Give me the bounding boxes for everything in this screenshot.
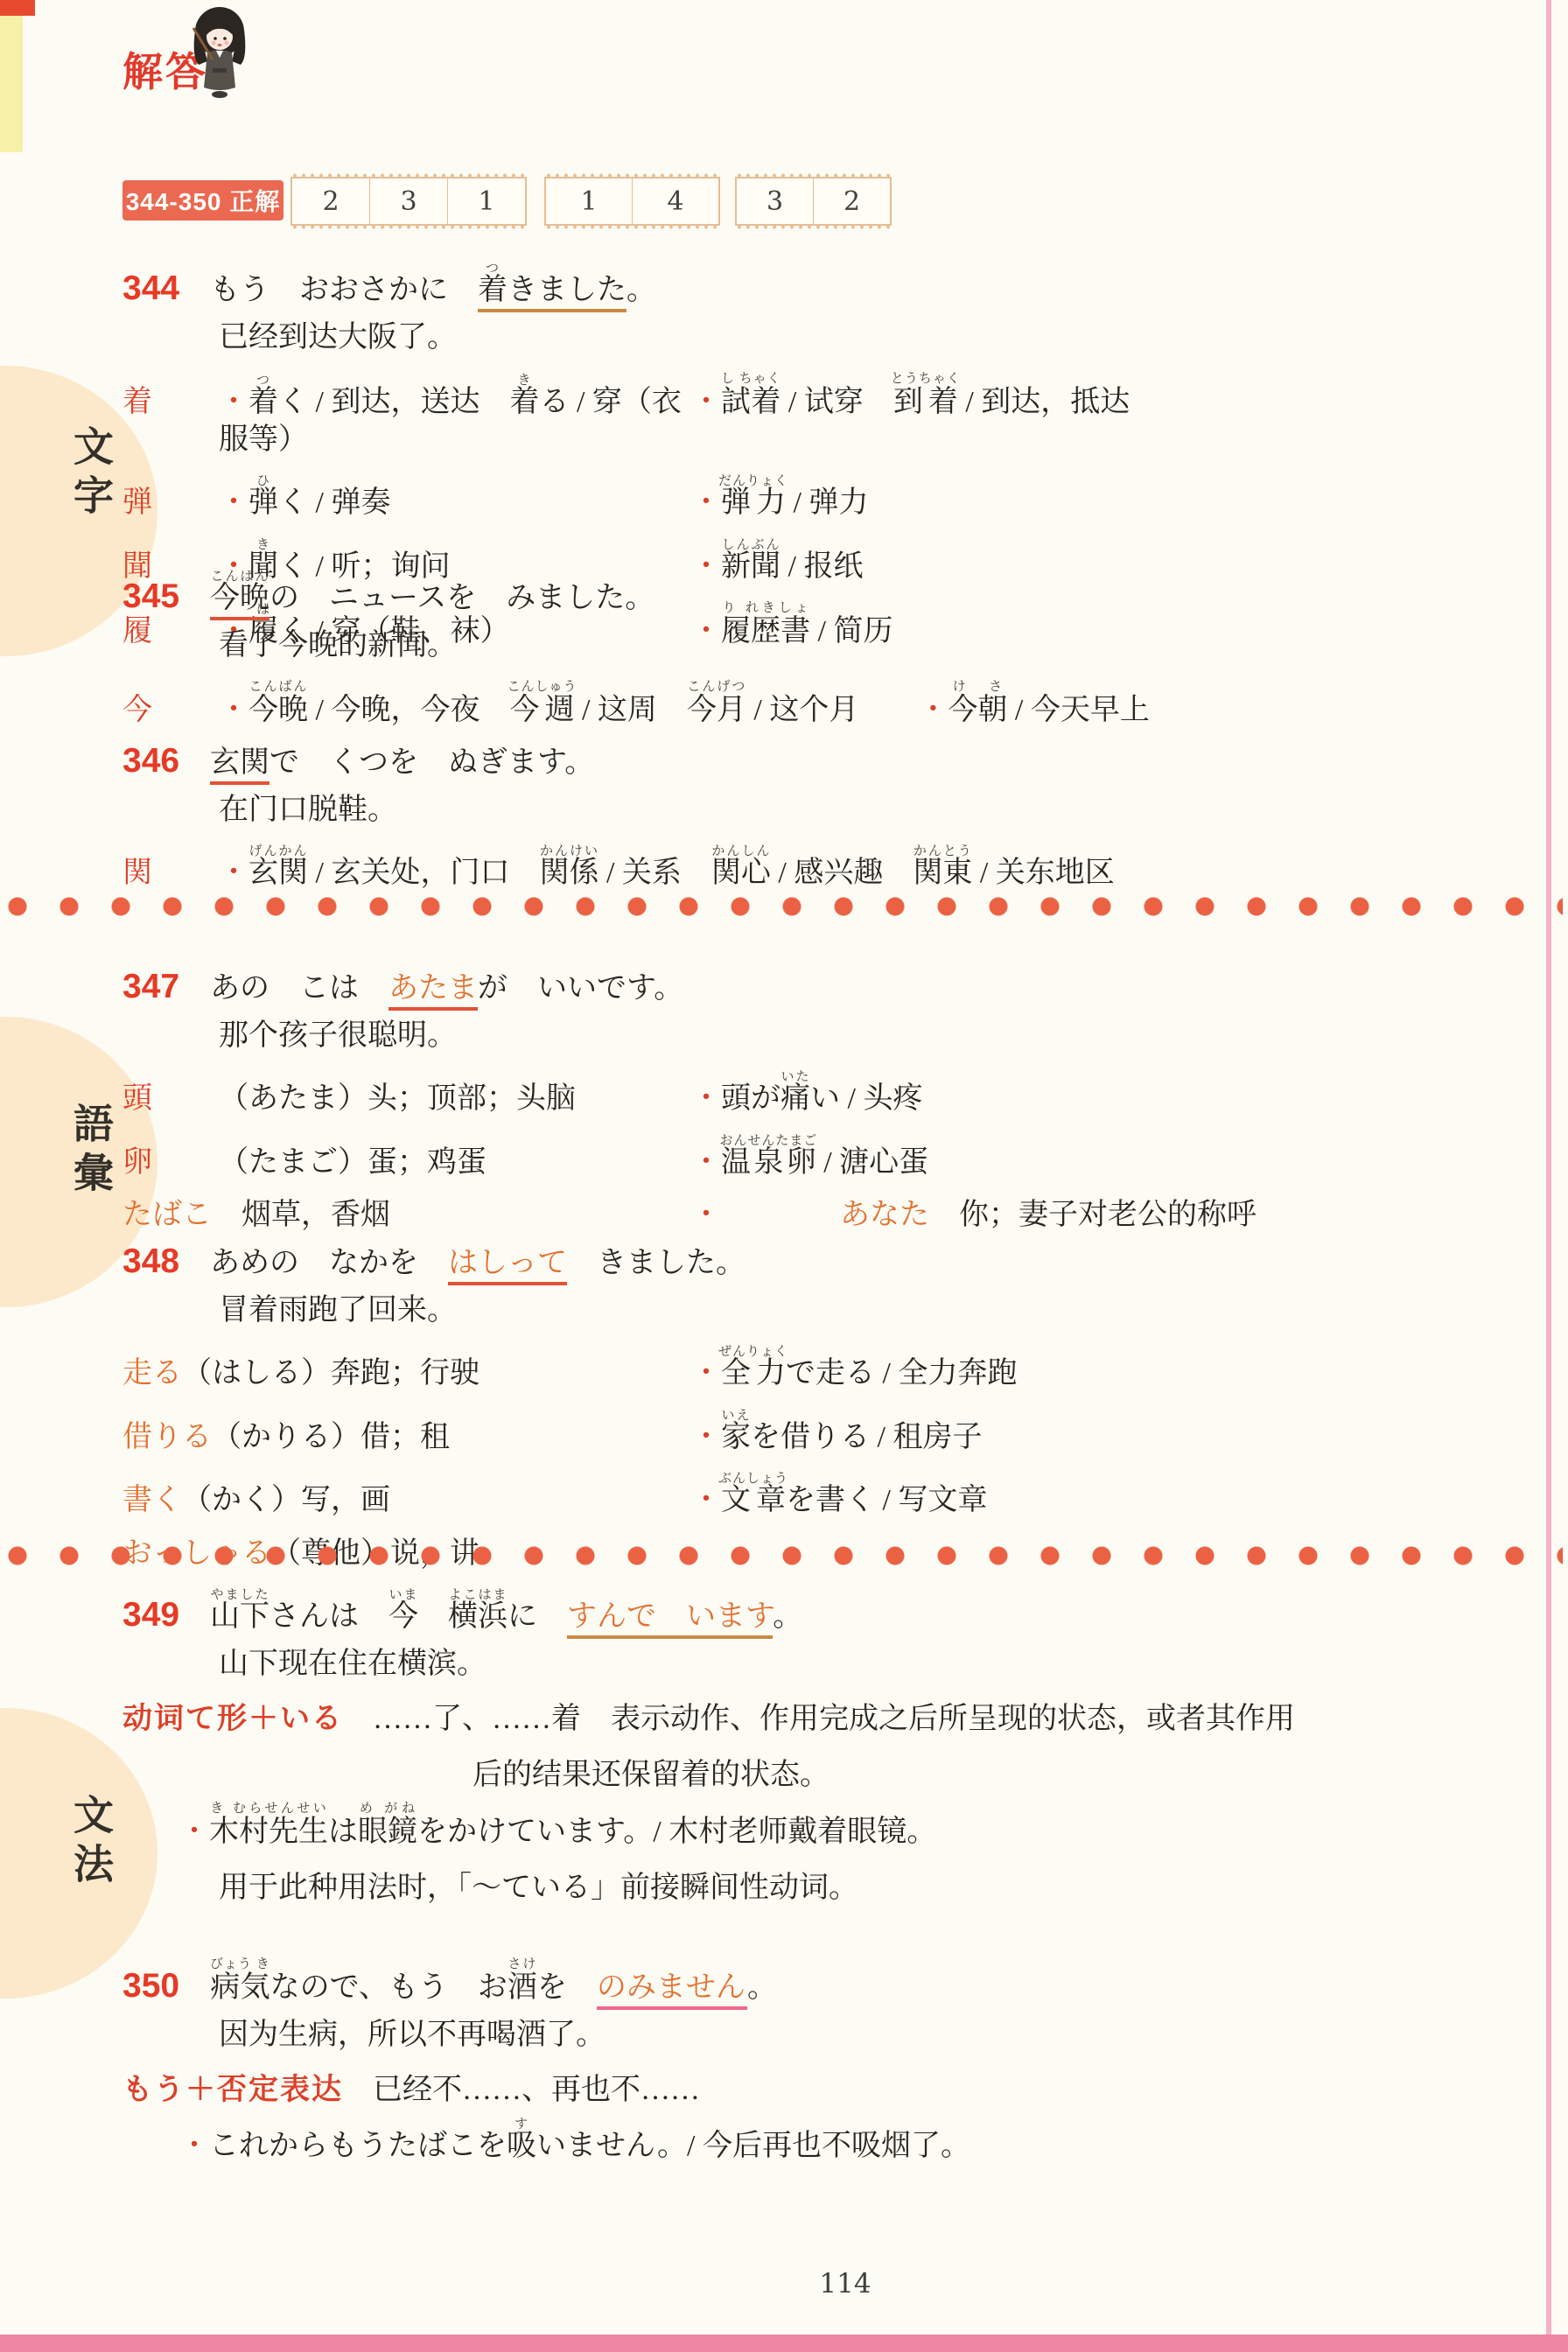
- vocab-right: ・試着し ちゃく / 试穿 到着とうちゃく / 到达，抵达: [691, 372, 1514, 422]
- vocab-headword: 頭: [122, 1081, 219, 1118]
- answer-range-badge: 344-350 正解: [122, 180, 283, 220]
- section-divider-dots: [5, 1543, 1563, 1568]
- vocab-left: （たまご）蛋；鸡蛋: [219, 1144, 691, 1182]
- page-edge-right-line: [1546, 0, 1551, 2352]
- question-345: 345今晩こんばんの ニュースを みました。 看了今晚的新闻。 今 ・今晩こんば…: [122, 560, 1514, 730]
- sidebar-label-goi: 語彙: [61, 1102, 119, 1200]
- grammar-example-line: ・木村先生き むらせんせいは眼鏡め がねをかけています。/ 木村老师戴着眼镜。: [122, 1801, 1514, 1851]
- question-number: 347: [122, 966, 210, 1009]
- vocab-right: ・弾力だんりょく / 弹力: [691, 474, 1514, 522]
- question-347: 347あの こは あたまが いいです。 那个孩子很聪明。 頭 （あたま）头；顶部…: [122, 950, 1514, 1235]
- translation: 山下现在住在横滨。: [122, 1646, 1514, 1683]
- vocab-headword: 弾: [122, 485, 219, 522]
- answer-cell: 2: [813, 178, 890, 224]
- vocab-left: 走る（はしる）奔跑；行驶: [122, 1355, 691, 1393]
- answer-group-1: 2 3 1: [290, 177, 527, 226]
- vocab-row: 関 ・玄関げんかん / 玄关处，门口 関係かんけい / 关系 関心かんしん / …: [122, 832, 1514, 892]
- grammar-rule-line: もう＋否定表达 已经不……、再也不……: [122, 2059, 1514, 2110]
- vocab-row: 卵 （たまご）蛋；鸡蛋 ・温泉卵おんせんたまご / 溏心蛋: [122, 1122, 1514, 1182]
- grammar-note-line: 用于此种用法时，「～ている」前接瞬间性动词。: [122, 1857, 1514, 1907]
- sidebar-label-moji: 文字: [61, 425, 119, 523]
- translation: 看了今晚的新闻。: [122, 627, 1514, 665]
- vocab-headword: 卵: [122, 1144, 219, 1182]
- textbook-page: { "header": { "title": "解答" }, "answer_k…: [0, 0, 1568, 2352]
- grammar-rule-line: 后的结果还保留着的状态。: [122, 1744, 1514, 1795]
- vocab-right: ・文章ぶんしょうを書く / 写文章: [691, 1472, 1514, 1520]
- question-sentence: 349山下やましたさんは 今いま 横浜よこはまに すんで います。: [122, 1573, 1514, 1637]
- question-sentence: 346玄関で くつを ぬぎます。: [122, 724, 1514, 783]
- page-edge-yellow-strip: [0, 16, 23, 152]
- question-number: 345: [122, 576, 210, 619]
- vocab-left: （あたま）头；顶部；头脑: [219, 1081, 691, 1118]
- question-sentence: 345今晩こんばんの ニュースを みました。: [122, 560, 1514, 619]
- answer-cell: 3: [369, 178, 447, 224]
- question-350: 350病気びょう きなので、もう お酒さけを のみません。 因为生病，所以不再喝…: [122, 1944, 1514, 2166]
- answer-cell: 1: [447, 178, 525, 224]
- translation: 冒着雨跑了回来。: [122, 1292, 1514, 1330]
- answer-group-3: 3 2: [735, 177, 892, 226]
- question-346: 346玄関で くつを ぬぎます。 在门口脱鞋。 関 ・玄関げんかん / 玄关处，…: [122, 724, 1514, 892]
- sidebar-label-bunpo: 文法: [61, 1794, 119, 1892]
- vocab-right: ・全力ぜんりょくで走る / 全力奔跑: [691, 1345, 1514, 1393]
- vocab-row: 今 ・今晩こんばん / 今晚，今夜 今週こんしゅう / 这周 今月こんげつ / …: [122, 668, 1514, 730]
- vocab-right: ・温泉卵おんせんたまご / 溏心蛋: [691, 1134, 1514, 1182]
- page-corner-accent: [0, 0, 35, 16]
- sentence-text: あの こは あたまが いいです。: [210, 972, 683, 1011]
- answer-cell: 3: [737, 178, 813, 224]
- translation: 那个孩子很聪明。: [122, 1018, 1514, 1055]
- question-349: 349山下やましたさんは 今いま 横浜よこはまに すんで います。 山下现在住在…: [122, 1573, 1514, 1907]
- question-number: 349: [122, 1594, 210, 1637]
- page-edge-bottom-strip: [0, 2334, 1568, 2352]
- sentence-text: あめの なかを はしって きました。: [210, 1247, 745, 1285]
- sentence-text: 今晩こんばんの ニュースを みました。: [210, 582, 654, 620]
- vocab-row: 走る（はしる）奔跑；行驶 ・全力ぜんりょくで走る / 全力奔跑: [122, 1333, 1514, 1393]
- vocab-left: 書く（かく）写，画: [122, 1482, 691, 1520]
- vocab-headword: 関: [122, 855, 219, 892]
- question-number: 348: [122, 1241, 210, 1284]
- vocab-left: ・着つく / 到达，送达 着きる / 穿（衣服等）: [219, 374, 691, 458]
- translation: 因为生病，所以不再喝酒了。: [122, 2017, 1514, 2054]
- answer-group-2: 1 4: [544, 177, 720, 226]
- section-divider-dots: [5, 894, 1563, 919]
- question-sentence: 347あの こは あたまが いいです。: [122, 950, 1514, 1009]
- vocab-row: 頭 （あたま）头；顶部；头脑 ・頭が痛いたい / 头疼: [122, 1058, 1514, 1118]
- translation: 在门口脱鞋。: [122, 792, 1514, 829]
- answer-cell: 2: [292, 178, 369, 224]
- question-sentence: 350病気びょう きなので、もう お酒さけを のみません。: [122, 1944, 1514, 2008]
- vocab-left: ・弾ひく / 弹奏: [219, 474, 691, 522]
- vocab-row: 着 ・着つく / 到达，送达 着きる / 穿（衣服等） ・試着し ちゃく / 试…: [122, 360, 1514, 458]
- vocab-right: ・家いえを借りる / 租房子: [691, 1409, 1514, 1457]
- vocab-right: ・頭が痛いたい / 头疼: [691, 1070, 1514, 1118]
- sentence-text: 病気びょう きなので、もう お酒さけを のみません。: [210, 1971, 777, 2010]
- grammar-example-line: ・これからもうたばこを吸すいません。/ 今后再也不吸烟了。: [122, 2115, 1514, 2166]
- vocab-left: ・玄関げんかん / 玄关处，门口 関係かんけい / 关系 関心かんしん / 感兴…: [219, 844, 1514, 892]
- question-sentence: 348あめの なかを はしって きました。: [122, 1225, 1514, 1284]
- question-number: 344: [122, 268, 210, 311]
- question-number: 350: [122, 1965, 210, 2008]
- sentence-text: もう おおさかに 着つきました。: [210, 274, 656, 312]
- vocab-row: 借りる（かりる）借；租 ・家いえを借りる / 租房子: [122, 1396, 1514, 1457]
- vocab-headword: 着: [122, 384, 219, 422]
- question-sentence: 344もう おおさかに 着つきました。: [122, 252, 1514, 311]
- teacher-mascot-illustration: [178, 3, 262, 101]
- sentence-text: 山下やましたさんは 今いま 横浜よこはまに すんで います。: [210, 1600, 802, 1639]
- vocab-left: 借りる（かりる）借；租: [122, 1419, 691, 1457]
- vocab-row: 書く（かく）写，画 ・文章ぶんしょうを書く / 写文章: [122, 1459, 1514, 1520]
- answer-cell: 1: [546, 178, 632, 224]
- vocab-row: 弾 ・弾ひく / 弹奏 ・弾力だんりょく / 弹力: [122, 462, 1514, 522]
- question-number: 346: [122, 740, 210, 783]
- sentence-text: 玄関で くつを ぬぎます。: [210, 746, 594, 785]
- translation: 已经到达大阪了。: [122, 319, 1514, 357]
- page-number: 114: [801, 2268, 889, 2299]
- vocab-left: ・今晩こんばん / 今晚，今夜 今週こんしゅう / 这周 今月こんげつ / 这个…: [219, 680, 1514, 730]
- grammar-rule-line: 动词て形＋いる ……了、……着 表示动作、作用完成之后所呈现的状态，或者其作用: [122, 1688, 1514, 1739]
- question-348: 348あめの なかを はしって きました。 冒着雨跑了回来。 走る（はしる）奔跑…: [122, 1225, 1514, 1572]
- answer-cell: 4: [632, 178, 718, 224]
